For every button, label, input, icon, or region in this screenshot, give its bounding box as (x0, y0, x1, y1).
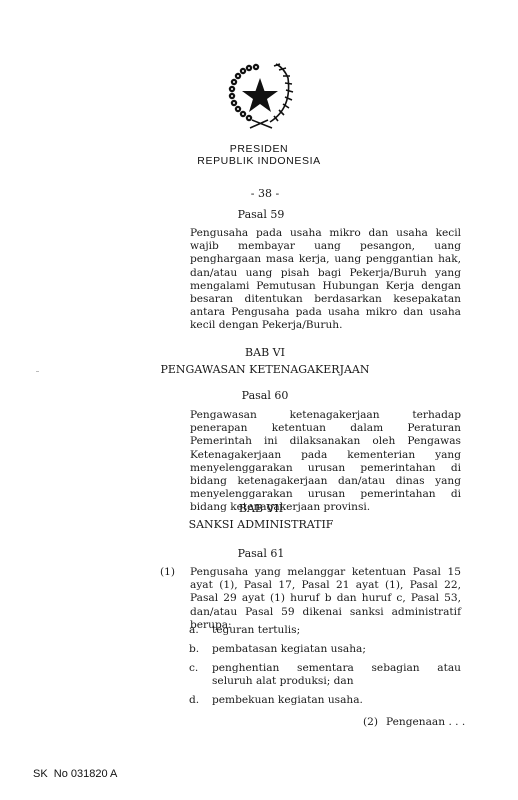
scan-speck (36, 371, 39, 372)
page-number: - 38 - (6, 187, 518, 201)
sk-number: SK No 031820 A (33, 768, 117, 780)
pasal-60-title: Pasal 60 (6, 389, 518, 403)
pasal-59-title: Pasal 59 (2, 208, 518, 222)
sanction-b-letter: b. (189, 643, 199, 656)
sanction-c-letter: c. (189, 662, 198, 675)
pasal-61-title: Pasal 61 (2, 547, 518, 561)
pasal-60-text: Pengawasan ketenagakerjaan terhadap pene… (190, 409, 461, 515)
sanction-d-letter: d. (189, 694, 199, 707)
sanction-d-text: pembekuan kegiatan usaha. (212, 694, 461, 707)
bab-7-title: SANKSI ADMINISTRATIF (2, 518, 518, 532)
bab-7-label: BAB VII (2, 502, 518, 516)
header-title: PRESIDEN (0, 143, 518, 155)
header-subtitle: REPUBLIK INDONESIA (0, 155, 518, 167)
bab-6-label: BAB VI (6, 346, 518, 360)
sanction-a-text: teguran tertulis; (212, 624, 461, 637)
pasal-59-text: Pengusaha pada usaha mikro dan usaha kec… (190, 227, 461, 333)
presidential-emblem-icon (222, 58, 298, 130)
bab-6-title: PENGAWASAN KETENAGAKERJAAN (6, 363, 518, 377)
pasal-61-item-1-text: Pengusaha yang melanggar ketentuan Pasal… (190, 566, 461, 632)
sanction-a-letter: a. (189, 624, 199, 637)
continuation-number: (2) (363, 716, 378, 729)
continuation-text: Pengenaan . . . (386, 716, 465, 729)
pasal-61-item-1-number: (1) (160, 566, 175, 579)
sanction-b-text: pembatasan kegiatan usaha; (212, 643, 461, 656)
sanction-c-text: penghentian sementara sebagian atau selu… (212, 662, 461, 688)
